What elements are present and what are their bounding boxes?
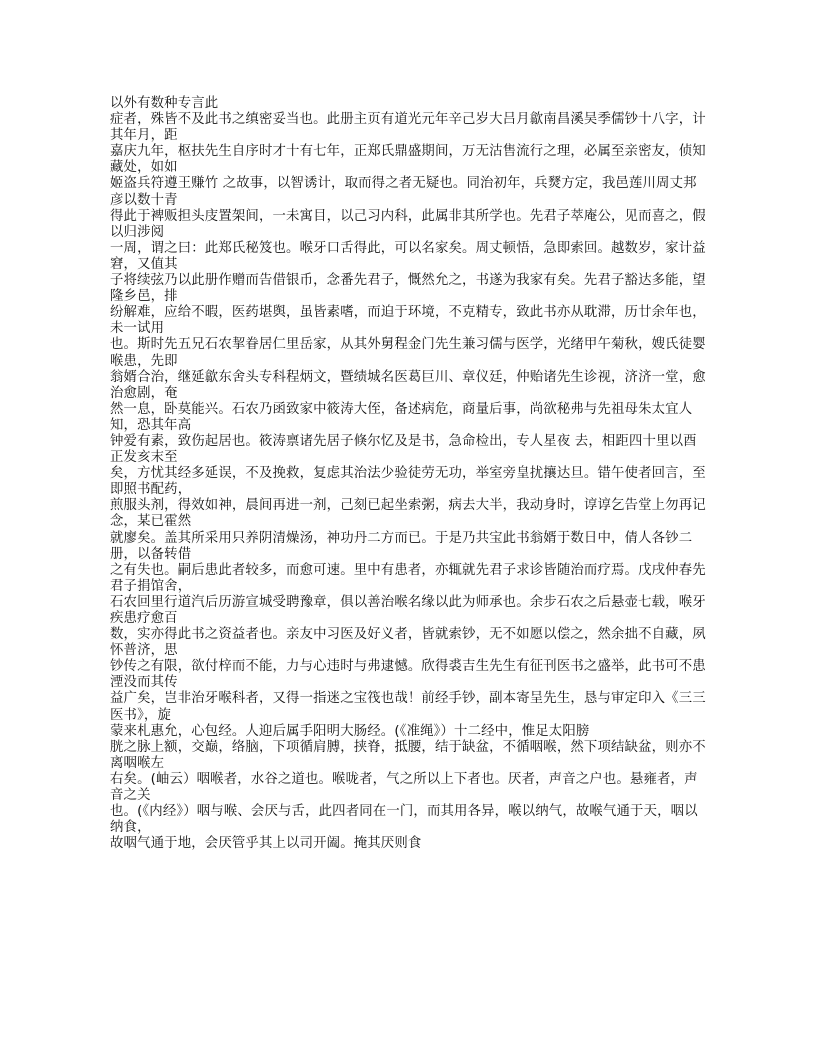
paragraph: 纷解难，应给不暇，医药堪舆，虽皆素嗜，而迫于环境，不克精专，致此书亦从耽滞，历廿… [110, 305, 708, 337]
paragraph: 石农回里行道汽后历游宣城受聘豫章，俱以善治喉名缘以此为师承也。余步石农之后悬壶七… [110, 595, 708, 627]
paragraph: 故咽气通于地，会厌管乎其上以司开阖。掩其厌则食 [110, 836, 708, 852]
paragraph: 一周，谓之曰：此郑氏秘笈也。喉牙口舌得此，可以名家矣。周丈顿悟，急即索回。越数岁… [110, 241, 708, 273]
paragraph: 嘉庆九年，枢扶先生自序时才十有七年，正郑氏鼎盛期间，万无沽售流行之理，必属至亲密… [110, 144, 708, 176]
paragraph: 然一息，卧莫能兴。石农乃函致家中筱涛大侄，备述病危，商量后事，尚欲秘弗与先祖母朱… [110, 402, 708, 434]
paragraph: 数，实亦得此书之资益者也。亲友中习医及好义者，皆就索钞，无不如愿以偿之，然余拙不… [110, 627, 708, 659]
paragraph: 也。(《内经》）咽与喉、会厌与舌，此四者同在一门，而其用各异，喉以纳气，故喉气通… [110, 804, 708, 836]
paragraph: 也。斯时先五兄石农挈眷居仁里岳家，从其外舅程金门先生兼习儒与医学，光绪甲午菊秋，… [110, 337, 708, 369]
paragraph: 姬盗兵符遵王赚竹 之故事，以智诱计，取而得之者无疑也。同治初年，兵燹方定，我邑莲… [110, 176, 708, 208]
paragraph: 之有失也。嗣后患此者较多，而愈可速。里中有患者，亦辄就先君子求诊皆随治而疗焉。戊… [110, 563, 708, 595]
paragraph: 子将续弦乃以此册作赠而告借银币，念番先君子，慨然允之，书遂为我家有矣。先君子豁达… [110, 273, 708, 305]
paragraph: 矣，方忧其经多延误，不及挽救，复虑其治法少验徒劳无功，举室旁皇扰攘达旦。错午使者… [110, 466, 708, 498]
paragraph: 右矣。(岫云）咽喉者，水谷之道也。喉咙者，气之所以上下者也。厌者，声音之户也。悬… [110, 772, 708, 804]
paragraph: 得此于裨贩担头庋置架间，一未寓目，以己习内科，此属非其所学也。先君子萃庵公，见而… [110, 209, 708, 241]
paragraph: 翁婿合治，继延歙东舍头专科程炳文，暨绩城名医葛巨川、章仪廷，仲贻诸先生诊视，济济… [110, 370, 708, 402]
paragraph: 症者，殊皆不及此书之缜密妥当也。此册主页有道光元年辛己岁大吕月歙南昌溪吴季儒钞十… [110, 112, 708, 144]
paragraph: 煎服头剂，得效如神，晨间再进一剂，己刻已起坐索粥，病去大半，我动身时，谆谆乞告堂… [110, 498, 708, 530]
paragraph: 益广矣，岂非治牙喉科者，又得一指迷之宝筏也哉！前经手钞，副本寄呈先生，恳与审定印… [110, 691, 708, 723]
paragraph: 蒙来札惠允，心包经。人迎后属手阳明大肠经。(《准绳》）十二经中，惟足太阳膀 [110, 724, 708, 740]
paragraph: 胱之脉上额，交巅，络脑，下项循肩膊，挟脊，抵腰，结于缺盆，不循咽喉，然下项结缺盆… [110, 740, 708, 772]
paragraph: 钟爱有素，致伤起居也。筱涛禀诸先居子倏尔忆及是书，急命检出，专人星夜 去，相距四… [110, 434, 708, 466]
paragraph: 以外有数种专言此 [110, 96, 708, 112]
paragraph: 钞传之有限，欲付梓而不能，力与心违时与弗逮憾。欣得裘吉生先生有征刊医书之盛举，此… [110, 659, 708, 691]
paragraph: 就廖矣。盖其所采用只养阴清燥汤，神功丹二方而已。于是乃共宝此书翁婿于数日中，倩人… [110, 531, 708, 563]
document-page: 以外有数种专言此 症者，殊皆不及此书之缜密妥当也。此册主页有道光元年辛己岁大吕月… [110, 96, 708, 852]
